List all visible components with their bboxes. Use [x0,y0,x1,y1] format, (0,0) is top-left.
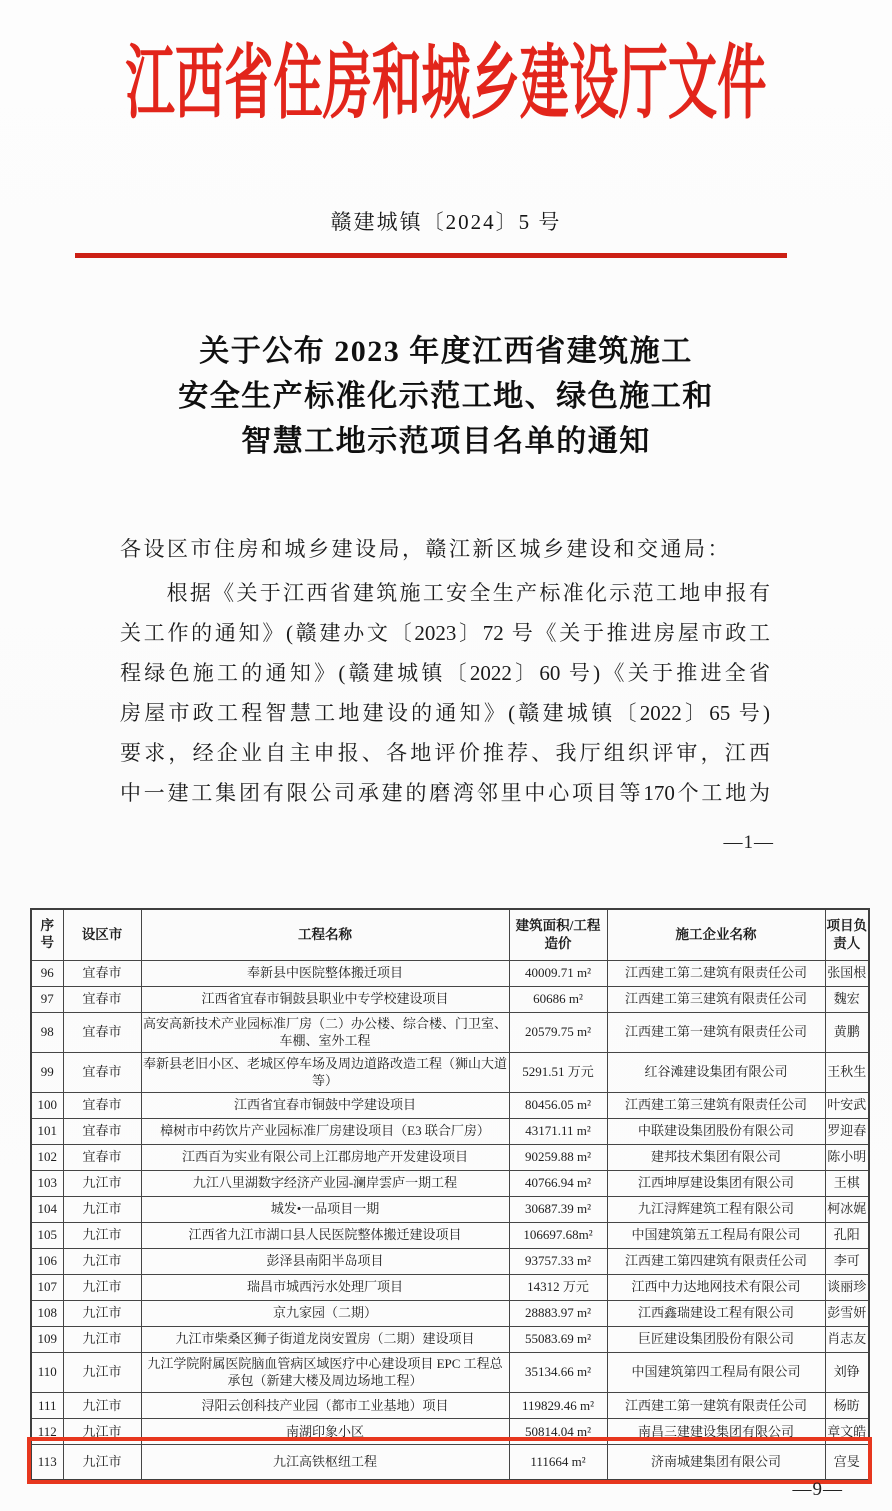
table-cell: 陈小明 [825,1144,869,1170]
table-cell: 南湖印象小区 [141,1418,509,1444]
table-cell: 宜春市 [63,960,141,986]
table-cell: 江西省宜春市铜鼓县职业中专学校建设项目 [141,986,509,1012]
table-cell: 浔阳云创科技产业园（都市工业基地）项目 [141,1392,509,1418]
table-row: 98宜春市高安高新技术产业园标准厂房（二）办公楼、综合楼、门卫室、车棚、室外工程… [31,1012,869,1052]
table-cell: 江西省九江市湖口县人民医院整体搬迁建设项目 [141,1222,509,1248]
body-text-line: 房屋市政工程智慧工地建设的通知》(赣建城镇〔2022〕65 号) [120,693,770,733]
project-table-container: 序号 设区市 工程名称 建筑面积/工程造价 施工企业名称 项目负责人 96宜春市… [30,908,868,1481]
table-cell: 九江市 [63,1196,141,1222]
table-cell: 101 [31,1118,63,1144]
table-cell: 高安高新技术产业园标准厂房（二）办公楼、综合楼、门卫室、车棚、室外工程 [141,1012,509,1052]
table-cell: 119829.46 m² [509,1392,607,1418]
table-header: 序号 设区市 工程名称 建筑面积/工程造价 施工企业名称 项目负责人 [31,909,869,960]
table-cell: 黄鹏 [825,1012,869,1052]
table-cell: 九江市 [63,1418,141,1444]
table-cell: 江西中力达地网技术有限公司 [607,1274,825,1300]
table-cell: 罗迎春 [825,1118,869,1144]
table-cell: 樟树市中药饮片产业园标准厂房建设项目（E3 联合厂房） [141,1118,509,1144]
table-cell: 107 [31,1274,63,1300]
table-cell: 九江市 [63,1170,141,1196]
table-cell: 109 [31,1326,63,1352]
page-number-9: —9— [793,1479,844,1501]
table-row: 97宜春市江西省宜春市铜鼓县职业中专学校建设项目60686 m²江西建工第三建筑… [31,986,869,1012]
table-cell: 九江市 [63,1326,141,1352]
table-cell: 肖志友 [825,1326,869,1352]
letterhead-divider-line [75,253,787,258]
table-cell: 魏宏 [825,986,869,1012]
table-cell: 谈丽珍 [825,1274,869,1300]
table-cell: 巨匠建设集团股份有限公司 [607,1326,825,1352]
table-cell: 王秋生 [825,1052,869,1092]
table-cell: 九江市 [63,1352,141,1392]
body-text-line: 中一建工集团有限公司承建的磨湾邻里中心项目等170个工地为 [120,773,770,813]
table-cell: 中联建设集团股份有限公司 [607,1118,825,1144]
table-cell: 43171.11 m² [509,1118,607,1144]
table-cell: 100 [31,1092,63,1118]
table-cell: 宜春市 [63,1118,141,1144]
table-cell: 102 [31,1144,63,1170]
table-cell: 九江市 [63,1392,141,1418]
table-row: 110九江市九江学院附属医院脑血管病区域医疗中心建设项目 EPC 工程总承包（新… [31,1352,869,1392]
table-cell: 宜春市 [63,986,141,1012]
letterhead-title: 江西省住房和城乡建设厅文件 [67,44,825,125]
table-cell: 京九家园（二期） [141,1300,509,1326]
table-cell: 章文皓 [825,1418,869,1444]
table-cell: 济南城建集团有限公司 [607,1444,825,1480]
table-cell: 叶安武 [825,1092,869,1118]
table-cell: 40766.94 m² [509,1170,607,1196]
table-cell: 93757.33 m² [509,1248,607,1274]
notice-title: 关于公布 2023 年度江西省建筑施工 安全生产标准化示范工地、绿色施工和 智慧… [0,329,892,464]
body-text-line: 要求，经企业自主申报、各地评价推荐、我厅组织评审，江西 [120,733,770,773]
table-cell: 宫旻 [825,1444,869,1480]
table-cell: 14312 万元 [509,1274,607,1300]
table-cell: 建邦技术集团有限公司 [607,1144,825,1170]
table-cell: 江西建工第三建筑有限责任公司 [607,1092,825,1118]
table-cell: 55083.69 m² [509,1326,607,1352]
table-row: 104九江市城发•一品项目一期30687.39 m²九江浔辉建筑工程有限公司柯冰… [31,1196,869,1222]
header-serial-no: 序号 [31,909,63,960]
document-page: 江西省住房和城乡建设厅文件 赣建城镇〔2024〕5 号 关于公布 2023 年度… [0,0,892,1511]
table-cell: 90259.88 m² [509,1144,607,1170]
page-number-1: —1— [724,832,775,854]
body-text-line: 关工作的通知》(赣建办文〔2023〕72 号《关于推进房屋市政工 [120,613,770,653]
table-cell: 28883.97 m² [509,1300,607,1326]
notice-title-line-2: 安全生产标准化示范工地、绿色施工和 [0,374,892,419]
table-row: 101宜春市樟树市中药饮片产业园标准厂房建设项目（E3 联合厂房）43171.1… [31,1118,869,1144]
table-cell: 李可 [825,1248,869,1274]
notice-body: 根据《关于江西省建筑施工安全生产标准化示范工地申报有关工作的通知》(赣建办文〔2… [120,573,770,813]
table-row: 100宜春市江西省宜春市铜鼓中学建设项目80456.05 m²江西建工第三建筑有… [31,1092,869,1118]
table-cell: 九江高铁枢纽工程 [141,1444,509,1480]
table-cell: 中国建筑第四工程局有限公司 [607,1352,825,1392]
table-cell: 红谷滩建设集团有限公司 [607,1052,825,1092]
table-cell: 20579.75 m² [509,1012,607,1052]
table-row: 106九江市彭泽县南阳半岛项目93757.33 m²江西建工第四建筑有限责任公司… [31,1248,869,1274]
table-cell: 杨昉 [825,1392,869,1418]
table-cell: 97 [31,986,63,1012]
table-cell: 108 [31,1300,63,1326]
table-cell: 九江八里湖数字经济产业园-澜岸雲庐一期工程 [141,1170,509,1196]
table-cell: 5291.51 万元 [509,1052,607,1092]
table-cell: 江西省宜春市铜鼓中学建设项目 [141,1092,509,1118]
header-project-name: 工程名称 [141,909,509,960]
notice-title-line-3: 智慧工地示范项目名单的通知 [0,419,892,464]
table-cell: 柯冰娓 [825,1196,869,1222]
body-text-line: 程绿色施工的通知》(赣建城镇〔2022〕60 号)《关于推进全省 [120,653,770,693]
table-cell: 50814.04 m² [509,1418,607,1444]
table-cell: 103 [31,1170,63,1196]
header-area-cost: 建筑面积/工程造价 [509,909,607,960]
table-cell: 105 [31,1222,63,1248]
table-row: 96宜春市奉新县中医院整体搬迁项目40009.71 m²江西建工第二建筑有限责任… [31,960,869,986]
header-leader: 项目负责人 [825,909,869,960]
table-cell: 111 [31,1392,63,1418]
project-table: 序号 设区市 工程名称 建筑面积/工程造价 施工企业名称 项目负责人 96宜春市… [30,908,870,1481]
table-cell: 奉新县中医院整体搬迁项目 [141,960,509,986]
salutation-line: 各设区市住房和城乡建设局，赣江新区城乡建设和交通局： [120,533,772,563]
table-cell: 九江学院附属医院脑血管病区域医疗中心建设项目 EPC 工程总承包（新建大楼及周边… [141,1352,509,1392]
table-cell: 宜春市 [63,1092,141,1118]
table-row: 109九江市九江市柴桑区狮子街道龙岗安置房（二期）建设项目55083.69 m²… [31,1326,869,1352]
table-cell: 刘铮 [825,1352,869,1392]
table-cell: 孔阳 [825,1222,869,1248]
table-cell: 九江市柴桑区狮子街道龙岗安置房（二期）建设项目 [141,1326,509,1352]
table-cell: 35134.66 m² [509,1352,607,1392]
table-cell: 60686 m² [509,986,607,1012]
table-cell: 彭雪妍 [825,1300,869,1326]
table-cell: 宜春市 [63,1052,141,1092]
table-cell: 30687.39 m² [509,1196,607,1222]
table-cell: 城发•一品项目一期 [141,1196,509,1222]
table-cell: 98 [31,1012,63,1052]
table-row: 112九江市南湖印象小区50814.04 m²南昌三建建设集团有限公司章文皓 [31,1418,869,1444]
table-row: 111九江市浔阳云创科技产业园（都市工业基地）项目119829.46 m²江西建… [31,1392,869,1418]
table-cell: 113 [31,1444,63,1480]
table-cell: 江西百为实业有限公司上江郡房地产开发建设项目 [141,1144,509,1170]
table-cell: 江西坤厚建设集团有限公司 [607,1170,825,1196]
table-cell: 彭泽县南阳半岛项目 [141,1248,509,1274]
table-row: 99宜春市奉新县老旧小区、老城区停车场及周边道路改造工程（狮山大道等）5291.… [31,1052,869,1092]
header-company: 施工企业名称 [607,909,825,960]
table-cell: 99 [31,1052,63,1092]
table-cell: 九江市 [63,1248,141,1274]
table-cell: 80456.05 m² [509,1092,607,1118]
table-cell: 九江市 [63,1444,141,1480]
table-cell: 九江浔辉建筑工程有限公司 [607,1196,825,1222]
table-cell: 111664 m² [509,1444,607,1480]
table-body: 96宜春市奉新县中医院整体搬迁项目40009.71 m²江西建工第二建筑有限责任… [31,960,869,1480]
table-row: 102宜春市江西百为实业有限公司上江郡房地产开发建设项目90259.88 m²建… [31,1144,869,1170]
table-cell: 110 [31,1352,63,1392]
table-cell: 江西建工第四建筑有限责任公司 [607,1248,825,1274]
table-cell: 江西鑫瑞建设工程有限公司 [607,1300,825,1326]
table-cell: 江西建工第一建筑有限责任公司 [607,1012,825,1052]
table-cell: 张国根 [825,960,869,986]
table-row: 108九江市京九家园（二期）28883.97 m²江西鑫瑞建设工程有限公司彭雪妍 [31,1300,869,1326]
table-cell: 九江市 [63,1274,141,1300]
table-cell: 九江市 [63,1300,141,1326]
table-cell: 九江市 [63,1222,141,1248]
table-cell: 106 [31,1248,63,1274]
header-city: 设区市 [63,909,141,960]
table-cell: 宜春市 [63,1012,141,1052]
table-cell: 106697.68m² [509,1222,607,1248]
table-cell: 南昌三建建设集团有限公司 [607,1418,825,1444]
table-cell: 宜春市 [63,1144,141,1170]
table-cell: 江西建工第二建筑有限责任公司 [607,960,825,986]
table-cell: 104 [31,1196,63,1222]
table-header-row: 序号 设区市 工程名称 建筑面积/工程造价 施工企业名称 项目负责人 [31,909,869,960]
table-cell: 96 [31,960,63,986]
table-cell: 王棋 [825,1170,869,1196]
table-cell: 江西建工第三建筑有限责任公司 [607,986,825,1012]
body-text-line: 根据《关于江西省建筑施工安全生产标准化示范工地申报有 [120,573,770,613]
document-number: 赣建城镇〔2024〕5 号 [0,206,892,236]
notice-title-line-1: 关于公布 2023 年度江西省建筑施工 [0,329,892,374]
table-row: 107九江市瑞昌市城西污水处理厂项目14312 万元江西中力达地网技术有限公司谈… [31,1274,869,1300]
table-cell: 瑞昌市城西污水处理厂项目 [141,1274,509,1300]
table-row: 105九江市江西省九江市湖口县人民医院整体搬迁建设项目106697.68m²中国… [31,1222,869,1248]
table-cell: 江西建工第一建筑有限责任公司 [607,1392,825,1418]
table-row-highlighted: 113九江市九江高铁枢纽工程111664 m²济南城建集团有限公司宫旻 [31,1444,869,1480]
table-row: 103九江市九江八里湖数字经济产业园-澜岸雲庐一期工程40766.94 m²江西… [31,1170,869,1196]
table-cell: 中国建筑第五工程局有限公司 [607,1222,825,1248]
table-cell: 112 [31,1418,63,1444]
table-cell: 奉新县老旧小区、老城区停车场及周边道路改造工程（狮山大道等） [141,1052,509,1092]
table-cell: 40009.71 m² [509,960,607,986]
